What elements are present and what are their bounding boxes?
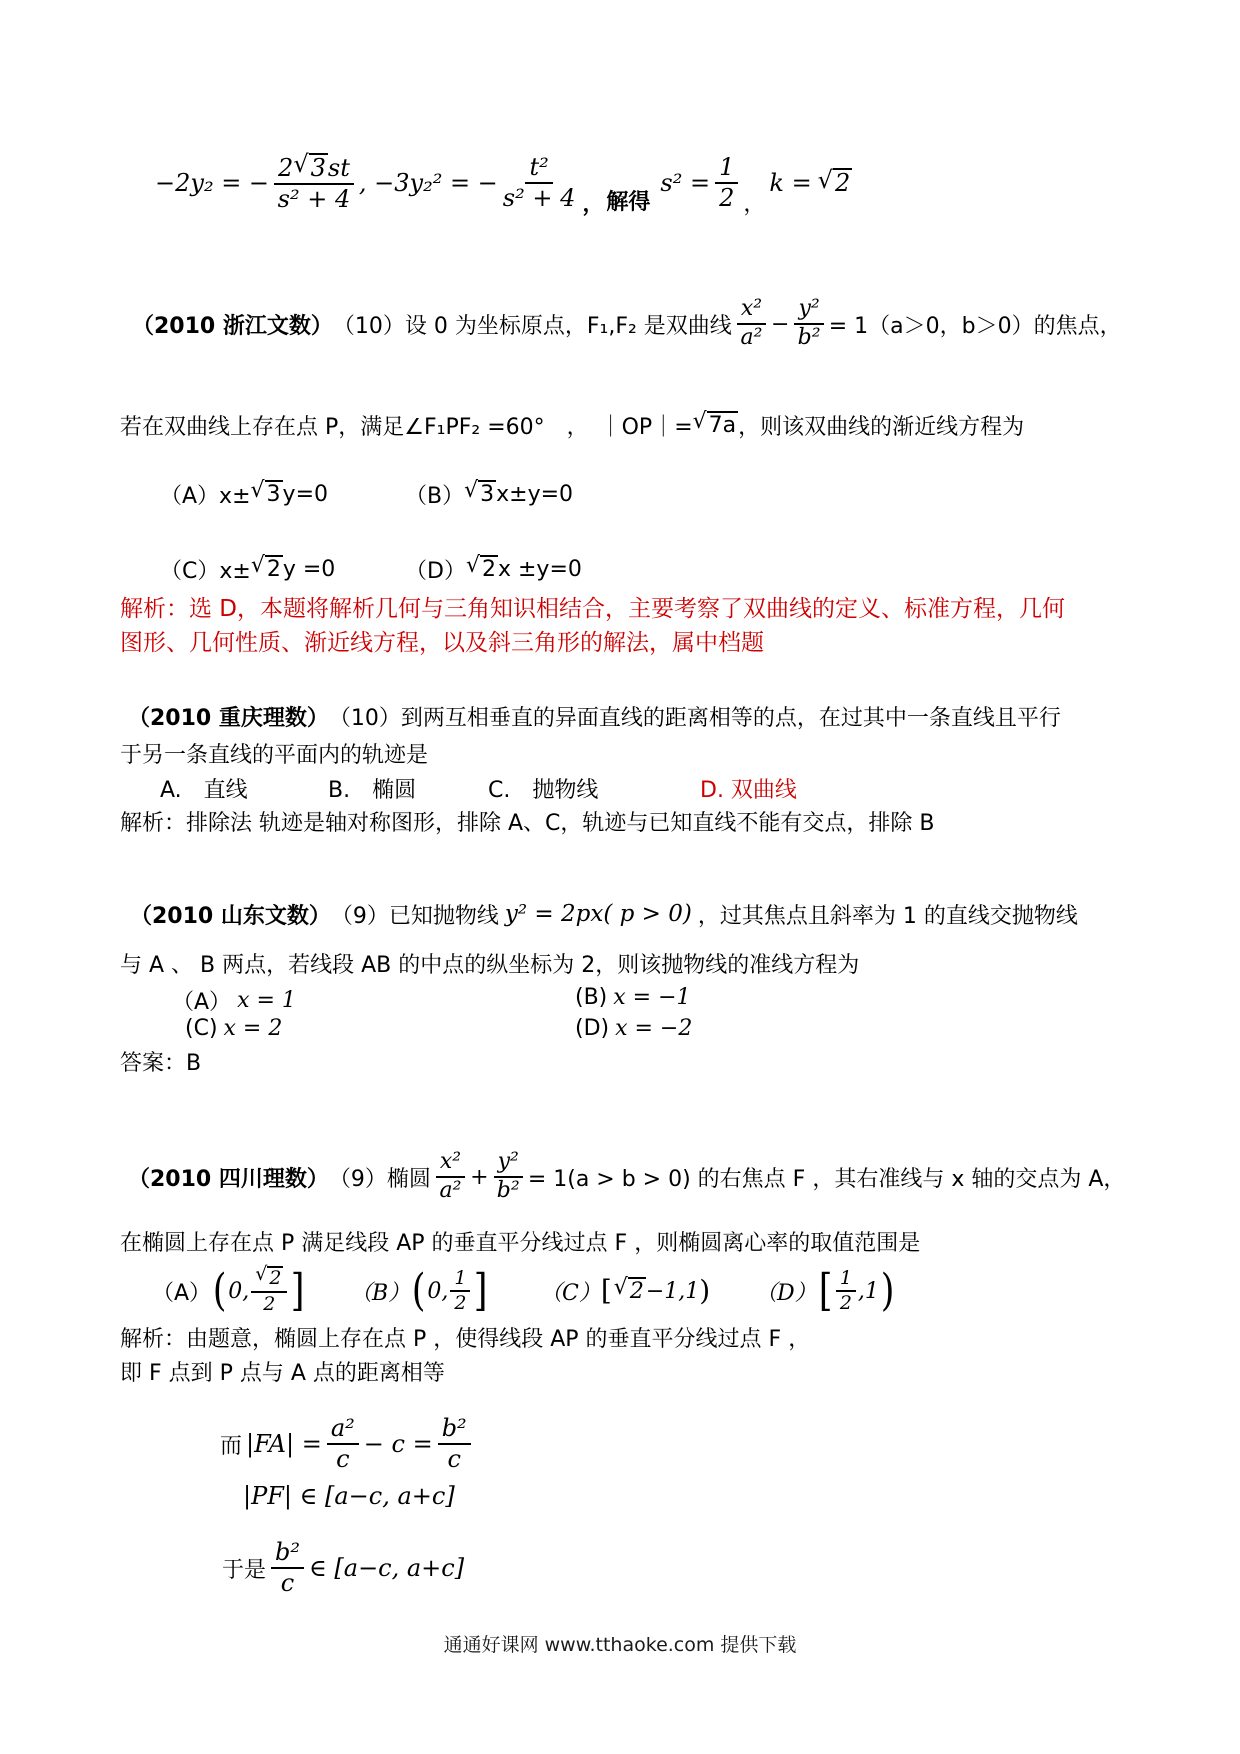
- zhejiang-options-row1: （A）x± 3 y=0 （B） 3 x±y=0: [0, 470, 1240, 518]
- fraction-numerator: x²: [737, 297, 766, 325]
- fraction-denominator: a²: [440, 1178, 462, 1204]
- question-stem: ，则该双曲线的渐近线方程为: [738, 410, 1024, 441]
- question-stem: = 1（a＞0，b＞0）的焦点，: [829, 309, 1122, 340]
- question-stem: ，过其焦点且斜率为 1 的直线交抛物线: [698, 899, 1078, 930]
- chongqing-options-row: A. 直线 B. 椭圆 C. 抛物线 D. 双曲线: [0, 773, 1240, 805]
- option-a: （A）x± 3 y=0: [160, 470, 328, 518]
- sqrt-radical: 3: [251, 480, 283, 507]
- option-label: （A）: [172, 985, 231, 1016]
- fraction: t² s² + 4: [503, 154, 576, 212]
- sichuan-formula-fa: 而 |FA| = a² c − c = b² c: [220, 1398, 476, 1490]
- fraction-numerator: t²: [525, 154, 552, 184]
- radicand: 2: [628, 1277, 646, 1304]
- option-label: （C）: [540, 1276, 601, 1307]
- fraction-numerator: b²: [271, 1539, 304, 1569]
- radicand: 2: [265, 555, 283, 582]
- interval-body: −1,1: [646, 1279, 699, 1304]
- interval-upper: ,1: [858, 1279, 879, 1304]
- radicand: 2: [480, 555, 498, 582]
- option-d: （D） 2 x ±y=0: [405, 545, 582, 593]
- radicand: 7a: [707, 411, 738, 438]
- fraction-denominator: s² + 4: [278, 185, 351, 213]
- comma: ，: [743, 187, 769, 220]
- question-source-tag: （2010 四川理数）: [128, 1162, 329, 1193]
- sqrt-radical: 3: [464, 480, 496, 507]
- option-math: x = 1: [237, 988, 296, 1013]
- question-stem: （9）椭圆: [329, 1162, 431, 1193]
- fraction-denominator: 2: [263, 1293, 275, 1315]
- option-label: （A）x±: [160, 479, 251, 510]
- option-label: （B）: [350, 1276, 410, 1307]
- sichuan-options-row: （A） ( 0, 2 2 ] （B） ( 0, 1 2 ] （C） [ 2 −1…: [0, 1252, 1240, 1330]
- shandong-options-row1: （A） x = 1 (B) x = −1: [0, 985, 1240, 1017]
- sichuan-stem-line1: （2010 四川理数） （9）椭圆 x² a² + y² b² = 1(a > …: [128, 1136, 1125, 1218]
- sqrt-radical: 2: [614, 1277, 646, 1304]
- fraction: a² c: [327, 1415, 359, 1473]
- question-source-tag: （2010 山东文数）: [130, 899, 331, 930]
- interval-lower: 0,: [228, 1279, 249, 1304]
- option-label: （D）: [755, 1276, 817, 1307]
- option-math: x±y=0: [496, 482, 573, 507]
- question-stem: （10）设 0 为坐标原点，F₁,F₂ 是双曲线: [333, 309, 732, 340]
- shandong-answer: 答案：B: [120, 1046, 201, 1077]
- question-source-tag: （2010 浙江文数）: [132, 309, 333, 340]
- fraction-numerator: 1: [715, 154, 738, 184]
- close-delimiter: ]: [474, 1269, 488, 1313]
- operator: −: [771, 312, 789, 337]
- option-math: x = −1: [613, 985, 690, 1010]
- option-label: (B): [575, 985, 607, 1010]
- fraction: x² a²: [737, 297, 766, 350]
- fraction: x² a²: [436, 1150, 465, 1203]
- formula-segment: |FA| =: [246, 1430, 322, 1458]
- option-b: B. 椭圆: [328, 773, 416, 804]
- fraction: b² c: [438, 1415, 471, 1473]
- option-label: （C）x±: [160, 554, 251, 585]
- open-delimiter: (: [213, 1269, 227, 1313]
- fraction-numerator: b²: [438, 1415, 471, 1445]
- radicand: 2: [267, 1266, 283, 1290]
- sqrt-radical: 2: [818, 168, 853, 198]
- formula-prefix: 于是: [222, 1553, 266, 1584]
- option-b: (B) x = −1: [575, 985, 691, 1010]
- option-d: D. 双曲线: [700, 773, 797, 804]
- solution-formula-line: −2y₂ = − 2 3 st s² + 4 , −3y₂² = − t² s²…: [155, 146, 852, 220]
- shandong-stem-line1: （2010 山东文数） （9）已知抛物线 y² = 2px( p > 0) ，过…: [130, 890, 1078, 938]
- option-b: （B） ( 0, 1 2 ]: [350, 1252, 490, 1330]
- sichuan-analysis-line2: 即 F 点到 P 点与 A 点的距离相等: [120, 1356, 445, 1387]
- fraction-denominator: c: [336, 1445, 349, 1473]
- fraction: 2 3 st s² + 4: [274, 153, 354, 213]
- fraction-numerator: y²: [494, 1150, 523, 1178]
- numerator-variables: st: [328, 155, 350, 182]
- fraction: 1 2: [450, 1268, 470, 1315]
- formula-segment: k =: [769, 169, 811, 197]
- fraction-denominator: c: [281, 1569, 294, 1597]
- option-b: （B） 3 x±y=0: [405, 470, 573, 518]
- open-delimiter: (: [412, 1269, 426, 1313]
- option-label: （B）: [405, 479, 464, 510]
- close-delimiter: ]: [291, 1269, 305, 1313]
- option-math: y =0: [283, 557, 335, 582]
- formula-segment: −2y₂ = −: [155, 169, 269, 197]
- question-stem: （9）已知抛物线: [331, 899, 499, 930]
- radicand: 3: [265, 480, 283, 507]
- sichuan-analysis-line1: 解析：由题意，椭圆上存在点 P ，使得线段 AP 的垂直平分线过点 F ，: [120, 1322, 810, 1353]
- close-delimiter: ): [699, 1277, 710, 1305]
- option-math: y=0: [283, 482, 328, 507]
- numerator-coefficient: 2: [278, 155, 293, 182]
- option-label: (C): [185, 1016, 218, 1041]
- option-d: (D) x = −2: [575, 1016, 692, 1041]
- fraction-denominator: 2: [454, 1292, 466, 1314]
- zhejiang-analysis-line1: 解析：选 D，本题将解析几何与三角知识相结合，主要考察了双曲线的定义、标准方程，…: [120, 590, 1065, 623]
- fraction: 1 2: [836, 1268, 856, 1315]
- fraction-denominator: 2: [719, 184, 734, 212]
- close-delimiter: ): [881, 1269, 895, 1313]
- fraction-denominator: s² + 4: [503, 184, 576, 212]
- option-a: A. 直线: [160, 773, 248, 804]
- fraction-numerator: x²: [436, 1150, 465, 1178]
- option-a: （A） x = 1: [172, 985, 296, 1016]
- zhejiang-analysis-line2: 图形、几何性质、渐近线方程，以及斜三角形的解法，属中档题: [120, 624, 764, 657]
- sichuan-formula-pf: |PF| ∈ [a−c, a+c]: [243, 1482, 455, 1510]
- sqrt-radical: 2: [255, 1266, 283, 1290]
- fraction: y² b²: [494, 1150, 523, 1203]
- fraction-numerator: 1: [836, 1268, 856, 1292]
- formula-segment: s² =: [660, 169, 710, 197]
- fraction-denominator: b²: [497, 1178, 520, 1204]
- option-math: x ±y=0: [498, 557, 582, 582]
- option-c: （C） [ 2 −1,1 ): [540, 1252, 710, 1330]
- shandong-options-row2: (C) x = 2 (D) x = −2: [0, 1016, 1240, 1048]
- comma: ，: [580, 187, 606, 220]
- fraction-denominator: c: [447, 1445, 460, 1473]
- sqrt-radical: 2: [466, 555, 498, 582]
- fraction-denominator: b²: [798, 325, 821, 351]
- shandong-stem-line2: 与 A 、 B 两点，若线段 AB 的中点的纵坐标为 2，则该抛物线的准线方程为: [120, 948, 859, 979]
- interval-lower: 0,: [427, 1279, 448, 1304]
- chongqing-stem-line2: 于另一条直线的平面内的轨迹是: [120, 738, 428, 769]
- fraction-denominator: a²: [740, 325, 762, 351]
- option-d: （D） [ 1 2 ,1 ): [755, 1252, 896, 1330]
- solve-label: 解得: [606, 185, 650, 220]
- zhejiang-stem-line1: （2010 浙江文数） （10）设 0 为坐标原点，F₁,F₂ 是双曲线 x² …: [132, 282, 1122, 366]
- fraction-numerator: a²: [327, 1415, 359, 1445]
- operator: +: [470, 1165, 488, 1190]
- fraction-numerator: 1: [450, 1268, 470, 1292]
- chongqing-analysis: 解析：排除法 轨迹是轴对称图形，排除 A、C，轨迹与已知直线不能有交点，排除 B: [120, 806, 935, 837]
- formula-segment: ∈ [a−c, a+c]: [309, 1554, 464, 1582]
- question-stem: （10）到两互相垂直的异面直线的距离相等的点，在过其中一条直线且平行: [329, 701, 1061, 732]
- question-source-tag: （2010 重庆理数）: [128, 701, 329, 732]
- question-stem: 若在双曲线上存在点 P，满足∠F₁PF₂ =60° ， ｜OP｜=: [120, 410, 693, 441]
- fraction: 2 2: [251, 1266, 287, 1315]
- option-a: （A） ( 0, 2 2 ]: [152, 1252, 307, 1330]
- formula-segment: − c =: [364, 1430, 433, 1458]
- question-stem: = 1(a > b > 0) 的右焦点 F ，其右准线与 x 轴的交点为 A，: [528, 1162, 1126, 1193]
- document-page: −2y₂ = − 2 3 st s² + 4 , −3y₂² = − t² s²…: [0, 0, 1240, 1754]
- formula-segment: , −3y₂² = −: [359, 169, 498, 197]
- radicand: 2: [833, 168, 852, 198]
- option-c: （C）x± 2 y =0: [160, 545, 335, 593]
- option-label: （D）: [405, 554, 466, 585]
- stem-math: y² = 2px( p > 0): [505, 901, 692, 927]
- page-footer: 通通好课网 www.tthaoke.com 提供下载: [0, 1630, 1240, 1657]
- option-c: (C) x = 2: [185, 1016, 282, 1041]
- option-math: x = 2: [224, 1016, 283, 1041]
- fraction: y² b²: [794, 297, 823, 350]
- fraction: 1 2: [715, 154, 738, 212]
- option-c: C. 抛物线: [488, 773, 598, 804]
- fraction-numerator: 2 3 st: [274, 153, 354, 186]
- option-label: (D): [575, 1016, 609, 1041]
- chongqing-stem-line1: （2010 重庆理数） （10）到两互相垂直的异面直线的距离相等的点，在过其中一…: [128, 700, 1061, 732]
- fraction-denominator: 2: [840, 1292, 852, 1314]
- sqrt-radical: 7a: [693, 411, 739, 438]
- radicand: 3: [478, 480, 496, 507]
- sqrt-radical: 3: [293, 153, 328, 183]
- option-math: x = −2: [615, 1016, 692, 1041]
- sqrt-radical: 2: [251, 555, 283, 582]
- fraction-numerator: 2: [251, 1266, 287, 1293]
- option-label: （A）: [152, 1276, 211, 1307]
- open-delimiter: [: [818, 1269, 832, 1313]
- open-delimiter: [: [601, 1277, 612, 1305]
- fraction-numerator: y²: [794, 297, 823, 325]
- radicand: 3: [309, 153, 328, 183]
- zhejiang-options-row2: （C）x± 2 y =0 （D） 2 x ±y=0: [0, 545, 1240, 593]
- zhejiang-stem-line2: 若在双曲线上存在点 P，满足∠F₁PF₂ =60° ， ｜OP｜= 7a ，则该…: [120, 404, 1024, 446]
- sichuan-formula-yushi: 于是 b² c ∈ [a−c, a+c]: [222, 1528, 464, 1608]
- formula-prefix: 而: [220, 1429, 242, 1460]
- fraction: b² c: [271, 1539, 304, 1597]
